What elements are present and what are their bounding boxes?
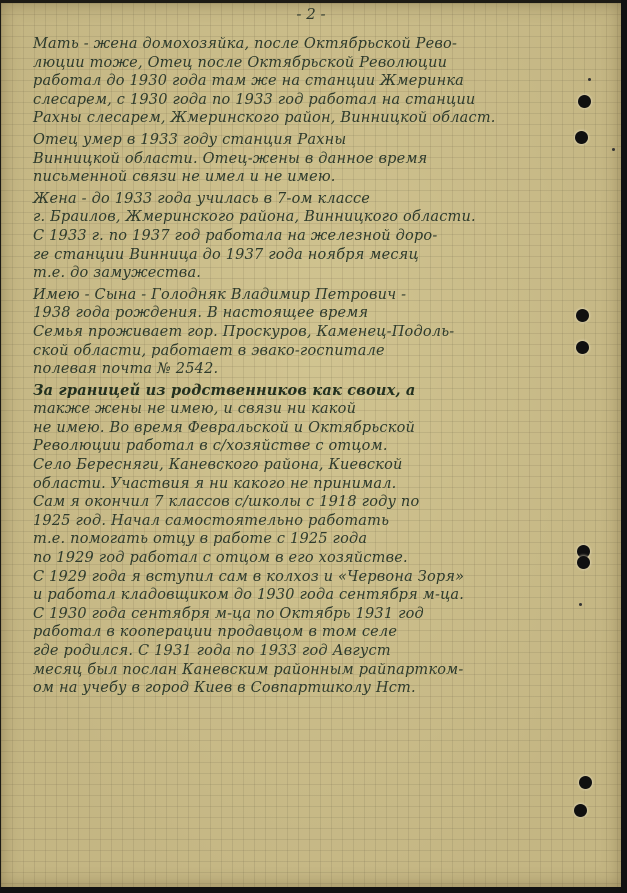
ink-dot xyxy=(588,78,591,81)
punch-hole xyxy=(579,776,592,789)
text-line: Семья проживает гор. Проскуров, Каменец-… xyxy=(33,323,563,342)
text-line: ге станции Винница до 1937 года ноября м… xyxy=(33,246,563,265)
scan-edge-right xyxy=(621,0,627,893)
text-line: Имею - Сына - Голодняк Владимир Петрович… xyxy=(33,286,563,305)
text-line: Село Бересняги, Каневского района, Киевс… xyxy=(33,456,563,475)
punch-hole xyxy=(578,95,591,108)
punch-hole xyxy=(577,556,590,569)
text-line: слесарем, с 1930 года по 1933 год работа… xyxy=(33,91,563,110)
text-line: работал в кооперации продавцом в том сел… xyxy=(33,623,563,642)
text-line: не имею. Во время Февральской и Октябрьс… xyxy=(33,419,563,438)
text-line: и работал кладовщиком до 1930 года сентя… xyxy=(33,586,563,605)
punch-hole xyxy=(576,341,589,354)
document-page: - 2 - Мать - жена домохозяйка, после Окт… xyxy=(1,3,621,887)
text-line: работал до 1930 года там же на станции Ж… xyxy=(33,72,563,91)
text-line: За границей из родственников как своих, … xyxy=(33,382,563,401)
text-line: Мать - жена домохозяйка, после Октябрьск… xyxy=(33,35,563,54)
punch-hole xyxy=(574,804,587,817)
text-line: Отец умер в 1933 году станция Рахны xyxy=(33,131,563,150)
ink-dot xyxy=(612,148,615,151)
text-line: Винницкой области. Отец-жены в данное вр… xyxy=(33,150,563,169)
text-line: ом на учебу в город Киев в Совпартшколу … xyxy=(33,679,563,698)
text-line: люции тоже, Отец после Октябрьской Револ… xyxy=(33,54,563,73)
text-line: области. Участвия я ни какого не принима… xyxy=(33,475,563,494)
handwritten-text-block: Мать - жена домохозяйка, после Октябрьск… xyxy=(33,19,563,698)
text-line: т.е. до замужества. xyxy=(33,264,563,283)
text-line: г. Браилов, Жмеринского района, Винницко… xyxy=(33,208,563,227)
text-line: т.е. помогать отцу в работе с 1925 года xyxy=(33,530,563,549)
text-line: С 1929 года я вступил сам в колхоз и «Че… xyxy=(33,568,563,587)
text-line: письменной связи не имел и не имею. xyxy=(33,168,563,187)
text-line: Революции работал в с/хозяйстве с отцом. xyxy=(33,437,563,456)
text-line: ской области, работает в эвако-госпитале xyxy=(33,342,563,361)
text-line: С 1930 года сентября м-ца по Октябрь 193… xyxy=(33,605,563,624)
punch-hole xyxy=(575,131,588,144)
ink-dot xyxy=(579,603,582,606)
punch-hole xyxy=(576,309,589,322)
text-line: по 1929 год работал с отцом в его хозяйс… xyxy=(33,549,563,568)
text-line: Сам я окончил 7 классов с/школы с 1918 г… xyxy=(33,493,563,512)
text-line: Жена - до 1933 года училась в 7-ом класс… xyxy=(33,190,563,209)
text-line: 1938 года рождения. В настоящее время xyxy=(33,304,563,323)
text-line: месяц был послан Каневским районным райп… xyxy=(33,661,563,680)
scan-edge-bottom xyxy=(0,887,627,893)
text-line: полевая почта № 2542. xyxy=(33,360,563,379)
text-line: также жены не имею, и связи ни какой xyxy=(33,400,563,419)
text-line: где родился. С 1931 года по 1933 год Авг… xyxy=(33,642,563,661)
text-line: Рахны слесарем, Жмеринского район, Винни… xyxy=(33,109,563,128)
text-line: С 1933 г. по 1937 год работала на железн… xyxy=(33,227,563,246)
text-line: 1925 год. Начал самостоятельно работать xyxy=(33,512,563,531)
